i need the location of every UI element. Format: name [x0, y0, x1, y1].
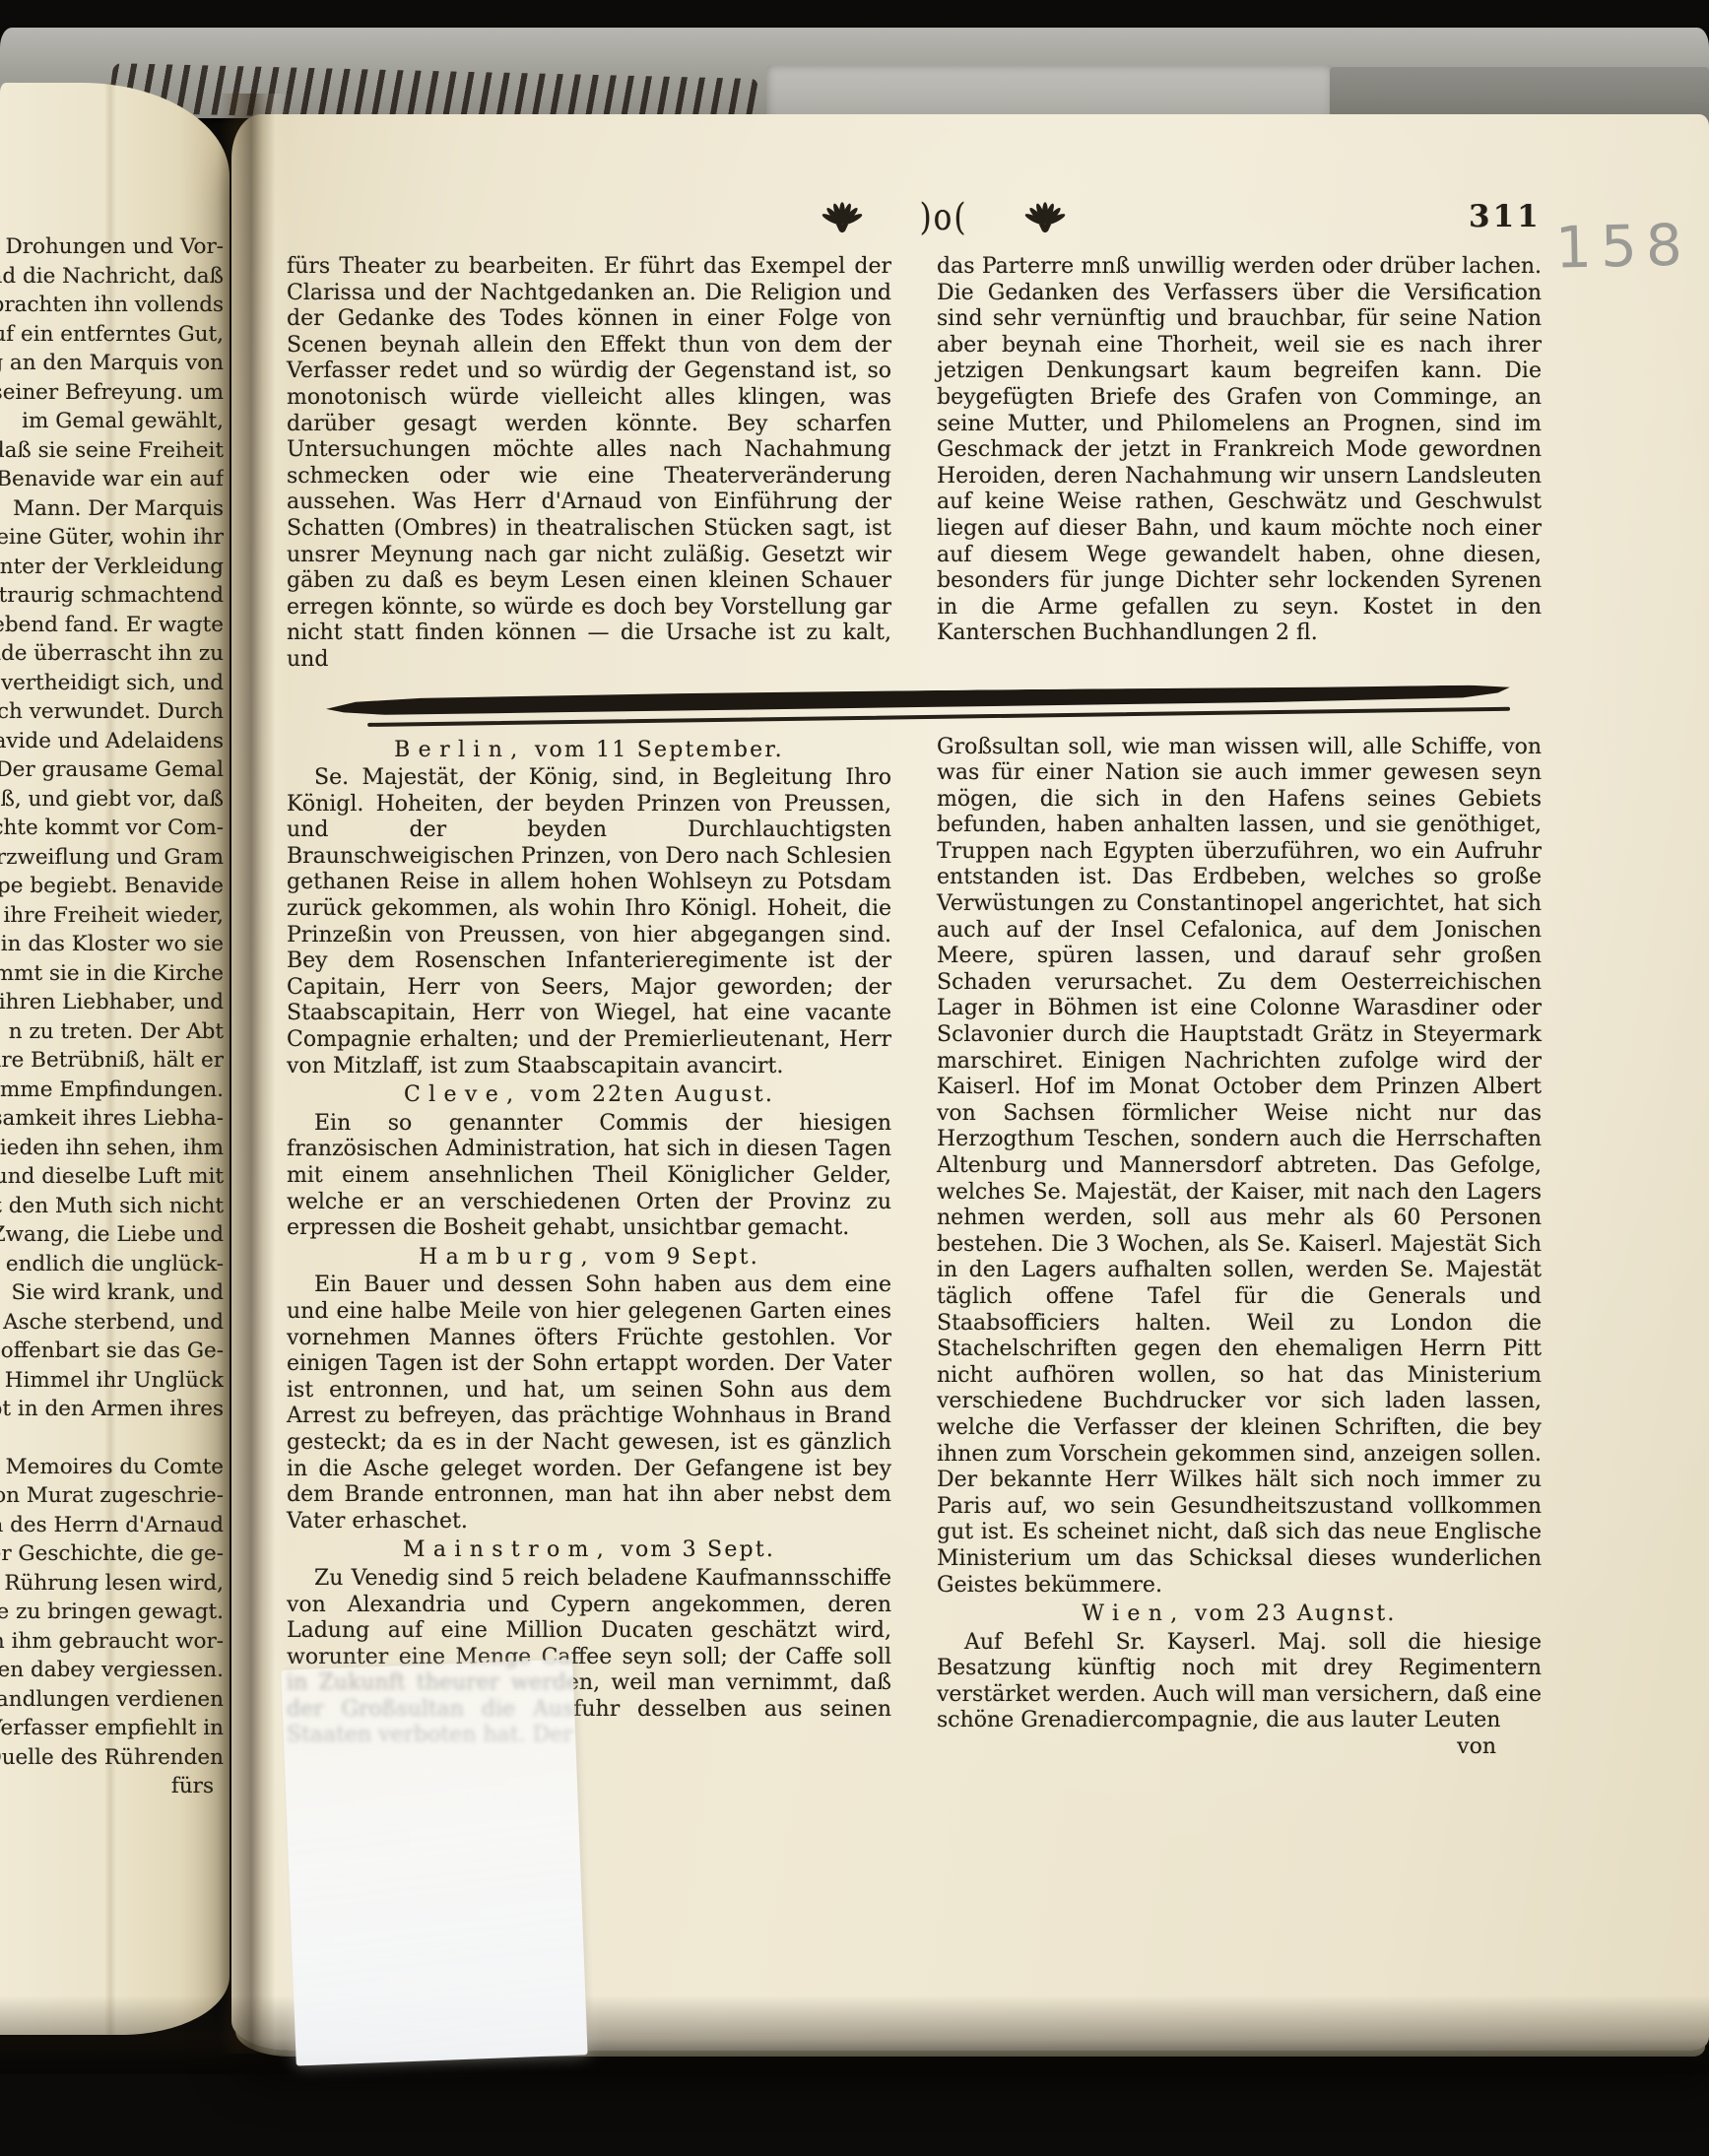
left-page-line: Der grausame Gemal: [0, 755, 224, 785]
left-page-line: t ihren Liebhaber, und: [0, 988, 224, 1017]
news-column-2-blocks: Großsultan soll, wie man wissen will, al…: [937, 735, 1542, 1735]
left-page-line: Benavide war ein auf: [0, 465, 224, 494]
paper-slip-bookmark: [281, 1659, 587, 2065]
binding-band: [0, 28, 1709, 118]
left-page-line: enavide und Adelaidens: [0, 727, 224, 756]
review-column-1: fürs Theater zu bearbeiten. Er führt das…: [287, 254, 891, 674]
left-page-text-fragment: t Drohungen und Vor-und die Nachricht, d…: [0, 232, 227, 1801]
left-page-line: Mann. Der Marquis: [0, 494, 224, 524]
dateline-heading: Cleve, vom 22ten August.: [287, 1082, 891, 1109]
left-page-line: ste Rührung lesen wird,: [0, 1569, 224, 1599]
left-page-line: n zu treten. Der Abt: [0, 1017, 224, 1047]
header-ornaments: )o(: [316, 195, 1571, 240]
left-page-line: en, daß sie seine Freiheit: [0, 436, 224, 466]
page-content: fürs Theater zu bearbeiten. Er führt das…: [287, 254, 1542, 1761]
left-page-line: uf der Asche sterbend, und: [0, 1308, 224, 1338]
news-paragraph: Ein so genannter Commis der hiesigen fra…: [287, 1111, 891, 1242]
left-page-line: inge vertheidigt sich, und: [0, 669, 224, 698]
left-page-edge: t Drohungen und Vor-und die Nachricht, d…: [0, 83, 230, 2035]
left-page-line: Abhandlungen verdienen: [0, 1685, 224, 1715]
left-page-line: lt ihre Freiheit wieder,: [0, 901, 224, 931]
left-page-line: Quelle des Rührenden: [0, 1743, 224, 1773]
news-paragraph: Ein Bauer und dessen Sohn haben aus dem …: [287, 1273, 891, 1535]
review-section: fürs Theater zu bearbeiten. Er führt das…: [287, 254, 1542, 674]
news-section: Berlin, vom 11 September.Se. Majestät, d…: [287, 735, 1542, 1761]
left-page-line: na des Herrn d'Arnaud: [0, 1511, 224, 1540]
left-page-line: im Gemal gewählt,: [0, 407, 224, 436]
book-photograph: t Drohungen und Vor-und die Nachricht, d…: [0, 0, 1709, 2156]
left-page-line: pe begiebt. Benavide: [0, 872, 224, 901]
shell-fleuron-icon: [822, 198, 863, 237]
left-page-line: hränen dabey vergiessen.: [0, 1656, 224, 1685]
left-page-line: seine Güter, wohin ihr: [0, 523, 224, 553]
review-paragraph: das Parterre mnß unwillig werden oder dr…: [937, 254, 1542, 647]
left-page-line: en, offenbart sie das Ge-: [0, 1337, 224, 1366]
left-page-line: ihre Betrübniß, hält er: [0, 1046, 224, 1076]
review-paragraph: fürs Theater zu bearbeiten. Er führt das…: [287, 254, 891, 674]
dateline-heading: Berlin, vom 11 September.: [287, 738, 891, 764]
left-page-line: t Drohungen und Vor-: [0, 232, 224, 262]
left-page-line: in von Murat zugeschrie-: [0, 1481, 224, 1511]
review-column-2: das Parterre mnß unwillig werden oder dr…: [937, 254, 1542, 674]
shell-fleuron-icon: [1024, 198, 1066, 237]
left-page-line: Verfasser empfiehlt in: [0, 1714, 224, 1743]
left-page-line: kommt sie in die Kirche: [0, 959, 224, 989]
left-page-line: fürs: [0, 1772, 224, 1801]
left-page-line: t der Memoires du Comte: [0, 1453, 224, 1482]
left-page-line: sie traurig schmachtend: [0, 581, 224, 611]
left-page-line: Verzweiflung und Gram: [0, 843, 224, 873]
left-page-line: ser Zwang, die Liebe und: [0, 1220, 224, 1250]
left-page-line: ch verwundet. Durch: [0, 697, 224, 727]
left-page-line: von ihm gebraucht wor-: [0, 1627, 224, 1657]
left-page-line: dem Himmel ihr Unglück: [0, 1366, 224, 1396]
left-page-line: lebend fand. Er wagte: [0, 611, 224, 640]
catchword: von: [937, 1734, 1542, 1761]
left-page-line: Mittel seiner Befreyung. um: [0, 378, 224, 408]
left-page-line: tte, brachten ihn vollends: [0, 291, 224, 320]
left-page-line: Sie wird krank, und: [0, 1278, 224, 1308]
left-page-line: hne zu bringen gewagt.: [0, 1598, 224, 1627]
news-paragraph: Auf Befehl Sr. Kayserl. Maj. soll die hi…: [937, 1630, 1542, 1734]
left-page-line: bt in den Armen ihres: [0, 1395, 224, 1424]
page-number: 311: [1469, 199, 1542, 234]
dateline-heading: Mainstrom, vom 3 Sept.: [287, 1537, 891, 1564]
left-page-line: er unter der Verkleidung: [0, 553, 224, 582]
left-page-line: und die Nachricht, daß: [0, 262, 224, 292]
left-page-line: n auf ein entferntes Gut,: [0, 320, 224, 350]
pencil-annotation: 158: [1554, 212, 1691, 282]
left-page-line: Einsamkeit ihres Liebha-: [0, 1104, 224, 1134]
left-page-line: ß der Geschichte, die ge-: [0, 1539, 224, 1569]
dateline-heading: Hamburg, vom 9 Sept.: [287, 1245, 891, 1272]
news-column-2: Großsultan soll, wie man wissen will, al…: [937, 735, 1542, 1761]
dateline-heading: Wien, vom 23 Augnst.: [937, 1601, 1542, 1628]
left-page-line: erüchte kommt vor Com-: [0, 814, 224, 843]
left-page-line: ung an den Marquis von: [0, 349, 224, 378]
left-page-line: fromme Empfindungen.: [0, 1076, 224, 1105]
section-divider-rule: [326, 680, 1516, 733]
left-page-line: pfen endlich die unglück-: [0, 1250, 224, 1279]
left-page-line: enavide überrascht ihn zu: [0, 639, 224, 669]
parenthesis-ornament: )o(: [920, 196, 968, 238]
left-page-line: en, und dieselbe Luft mit: [0, 1162, 224, 1192]
news-paragraph: Se. Majestät, der König, sind, in Beglei…: [287, 765, 891, 1079]
left-page-line: n in das Kloster wo sie: [0, 930, 224, 959]
left-page-line: gniß, und giebt vor, daß: [0, 785, 224, 815]
news-paragraph: Großsultan soll, wie man wissen will, al…: [937, 735, 1542, 1600]
left-page-line: zufrieden ihn sehen, ihm: [0, 1134, 224, 1163]
news-column-1: Berlin, vom 11 September.Se. Majestät, d…: [287, 735, 891, 1761]
left-page-line: hat den Muth sich nicht: [0, 1192, 224, 1221]
